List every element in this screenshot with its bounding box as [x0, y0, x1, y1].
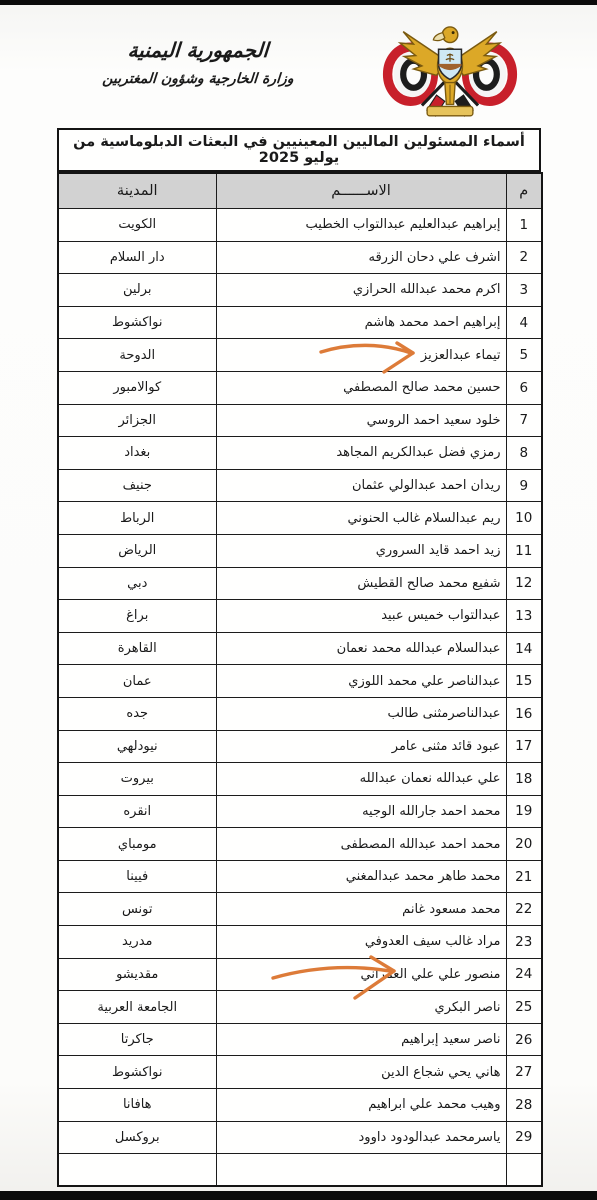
cell-name: خلود سعيد احمد الروسي — [216, 404, 506, 437]
header-name: الاســــــم — [216, 173, 506, 209]
org-name-line1: الجمهورية اليمنية — [67, 38, 329, 62]
cell-city: الدوحة — [58, 339, 216, 372]
cell-num: 12 — [506, 567, 542, 600]
cell-name: محمد طاهر محمد عبدالمغني — [216, 860, 506, 893]
table-row: 14عبدالسلام عبدالله محمد نعمانالقاهرة — [58, 632, 542, 665]
cell-city: انقره — [58, 795, 216, 828]
table-row: 12شفيع محمد صالح القطيشدبي — [58, 567, 542, 600]
table-row: 24منصور علي علي العمرانيمقديشو — [58, 958, 542, 991]
letterhead: الجمهورية اليمنية وزارة الخارجية وشؤون ا… — [68, 38, 328, 87]
cell-name: محمد مسعود غانم — [216, 893, 506, 926]
cell-num: 13 — [506, 600, 542, 633]
cell-city: تونس — [58, 893, 216, 926]
cell-name: محمد احمد عبدالله المصطفى — [216, 828, 506, 861]
cell-city: مدريد — [58, 926, 216, 959]
org-name-line2: وزارة الخارجية وشؤون المغتربين — [67, 71, 328, 87]
cell-name: علي عبدالله نعمان عبدالله — [216, 763, 506, 796]
cell-city: جاكرتا — [58, 1023, 216, 1056]
table-row: 5تيماء عبدالعزيزالدوحة — [58, 339, 542, 372]
cell-num: 9 — [506, 469, 542, 502]
document-title: أسماء المسئولين الماليين المعينيين في ال… — [57, 128, 541, 172]
table-row: 8رمزي فضل عبدالكريم المجاهدبغداد — [58, 437, 542, 470]
cell-name: منصور علي علي العمراني — [216, 958, 506, 991]
cell-num: 19 — [506, 795, 542, 828]
cell-name: هاني يحي شجاع الدين — [216, 1056, 506, 1089]
cell-name: عبدالسلام عبدالله محمد نعمان — [216, 632, 506, 665]
cell-num: 14 — [506, 632, 542, 665]
cell-num: 23 — [506, 926, 542, 959]
cell-empty — [216, 1154, 506, 1187]
cell-city: الجزائر — [58, 404, 216, 437]
cell-num: 24 — [506, 958, 542, 991]
cell-name: عبدالناصرمثنى طالب — [216, 697, 506, 730]
roster-table: م الاســــــم المدينة 1إبراهيم عبدالعليم… — [57, 172, 543, 1187]
cell-num: 2 — [506, 241, 542, 274]
cell-num: 5 — [506, 339, 542, 372]
photo-bottom-edge — [0, 1191, 597, 1200]
cell-name: زيد احمد قايد السروري — [216, 534, 506, 567]
cell-city: فيينا — [58, 860, 216, 893]
cell-city: براغ — [58, 600, 216, 633]
cell-num: 3 — [506, 274, 542, 307]
cell-name: تيماء عبدالعزيز — [216, 339, 506, 372]
cell-name: ريم عبدالسلام غالب الحنوني — [216, 502, 506, 535]
table-row: 4إبراهيم احمد محمد هاشمنواكشوط — [58, 306, 542, 339]
table-row: 2اشرف علي دحان الزرقهدار السلام — [58, 241, 542, 274]
cell-num: 17 — [506, 730, 542, 763]
cell-num: 26 — [506, 1023, 542, 1056]
cell-city: هافانا — [58, 1089, 216, 1122]
table-row: 26ناصر سعيد إبراهيمجاكرتا — [58, 1023, 542, 1056]
cell-city: نيودلهي — [58, 730, 216, 763]
cell-city: مقديشو — [58, 958, 216, 991]
cell-name: محمد احمد جارالله الوجيه — [216, 795, 506, 828]
cell-num: 27 — [506, 1056, 542, 1089]
cell-name: ياسرمحمد عبدالودود داوود — [216, 1121, 506, 1154]
cell-num: 22 — [506, 893, 542, 926]
roster-table-body: 1إبراهيم عبدالعليم عبدالتواب الخطيبالكوي… — [58, 209, 542, 1187]
cell-city: بروكسل — [58, 1121, 216, 1154]
table-row: 7خلود سعيد احمد الروسيالجزائر — [58, 404, 542, 437]
cell-city: الرباط — [58, 502, 216, 535]
cell-city: بغداد — [58, 437, 216, 470]
cell-name: عبدالتواب خميس عبيد — [216, 600, 506, 633]
cell-num: 29 — [506, 1121, 542, 1154]
cell-name: حسين محمد صالح المصطفي — [216, 371, 506, 404]
table-row: 1إبراهيم عبدالعليم عبدالتواب الخطيبالكوي… — [58, 209, 542, 242]
cell-num: 25 — [506, 991, 542, 1024]
cell-num: 6 — [506, 371, 542, 404]
header-number: م — [506, 173, 542, 209]
cell-name: إبراهيم احمد محمد هاشم — [216, 306, 506, 339]
table-row: 11زيد احمد قايد السروريالرياض — [58, 534, 542, 567]
cell-city: الكويت — [58, 209, 216, 242]
table-header-row: م الاســــــم المدينة — [58, 173, 542, 209]
cell-city: عمان — [58, 665, 216, 698]
cell-name: اكرم محمد عبدالله الحرازي — [216, 274, 506, 307]
cell-name: عبدالناصر علي محمد اللوزي — [216, 665, 506, 698]
table-row: 15عبدالناصر علي محمد اللوزيعمان — [58, 665, 542, 698]
cell-city: الجامعة العربية — [58, 991, 216, 1024]
cell-name: شفيع محمد صالح القطيش — [216, 567, 506, 600]
cell-num: 15 — [506, 665, 542, 698]
cell-num: 20 — [506, 828, 542, 861]
cell-city: جنيف — [58, 469, 216, 502]
cell-num: 11 — [506, 534, 542, 567]
photo-top-edge — [0, 0, 597, 5]
table-row: 22محمد مسعود غانمتونس — [58, 893, 542, 926]
table-row: 28وهيب محمد علي ابراهيمهافانا — [58, 1089, 542, 1122]
cell-num: 8 — [506, 437, 542, 470]
cell-empty — [506, 1154, 542, 1187]
table-empty-row — [58, 1154, 542, 1187]
cell-num: 16 — [506, 697, 542, 730]
cell-num: 1 — [506, 209, 542, 242]
yemen-emblem-icon — [372, 16, 528, 120]
cell-city: نواكشوط — [58, 306, 216, 339]
table-row: 3اكرم محمد عبدالله الحرازيبرلين — [58, 274, 542, 307]
cell-num: 21 — [506, 860, 542, 893]
table-row: 19محمد احمد جارالله الوجيهانقره — [58, 795, 542, 828]
cell-city: مومباي — [58, 828, 216, 861]
cell-city: الرياض — [58, 534, 216, 567]
table-row: 21محمد طاهر محمد عبدالمغنيفيينا — [58, 860, 542, 893]
cell-name: عبود قائد مثنى عامر — [216, 730, 506, 763]
table-row: 25ناصر البكريالجامعة العربية — [58, 991, 542, 1024]
table-row: 29ياسرمحمد عبدالودود داوودبروكسل — [58, 1121, 542, 1154]
document-page: الجمهورية اليمنية وزارة الخارجية وشؤون ا… — [0, 0, 597, 1200]
cell-city: برلين — [58, 274, 216, 307]
cell-num: 7 — [506, 404, 542, 437]
cell-name: اشرف علي دحان الزرقه — [216, 241, 506, 274]
cell-name: وهيب محمد علي ابراهيم — [216, 1089, 506, 1122]
cell-name: إبراهيم عبدالعليم عبدالتواب الخطيب — [216, 209, 506, 242]
table-row: 27هاني يحي شجاع الديننواكشوط — [58, 1056, 542, 1089]
table-row: 18علي عبدالله نعمان عبداللهبيروت — [58, 763, 542, 796]
table-row: 9ريدان احمد عبدالولي عثمانجنيف — [58, 469, 542, 502]
table-row: 20محمد احمد عبدالله المصطفىمومباي — [58, 828, 542, 861]
header-city: المدينة — [58, 173, 216, 209]
cell-name: رمزي فضل عبدالكريم المجاهد — [216, 437, 506, 470]
cell-city: بيروت — [58, 763, 216, 796]
cell-name: ناصر البكري — [216, 991, 506, 1024]
cell-name: ناصر سعيد إبراهيم — [216, 1023, 506, 1056]
cell-city: دبي — [58, 567, 216, 600]
cell-city: القاهرة — [58, 632, 216, 665]
table-row: 23مراد غالب سيف العدوفيمدريد — [58, 926, 542, 959]
table-row: 13عبدالتواب خميس عبيدبراغ — [58, 600, 542, 633]
table-row: 10ريم عبدالسلام غالب الحنونيالرباط — [58, 502, 542, 535]
cell-num: 10 — [506, 502, 542, 535]
cell-city: دار السلام — [58, 241, 216, 274]
cell-name: مراد غالب سيف العدوفي — [216, 926, 506, 959]
cell-num: 18 — [506, 763, 542, 796]
cell-city: كوالامبور — [58, 371, 216, 404]
table-row: 17عبود قائد مثنى عامرنيودلهي — [58, 730, 542, 763]
cell-num: 28 — [506, 1089, 542, 1122]
table-row: 6حسين محمد صالح المصطفيكوالامبور — [58, 371, 542, 404]
cell-num: 4 — [506, 306, 542, 339]
cell-name: ريدان احمد عبدالولي عثمان — [216, 469, 506, 502]
table-row: 16عبدالناصرمثنى طالبجده — [58, 697, 542, 730]
cell-empty — [58, 1154, 216, 1187]
cell-city: جده — [58, 697, 216, 730]
cell-city: نواكشوط — [58, 1056, 216, 1089]
